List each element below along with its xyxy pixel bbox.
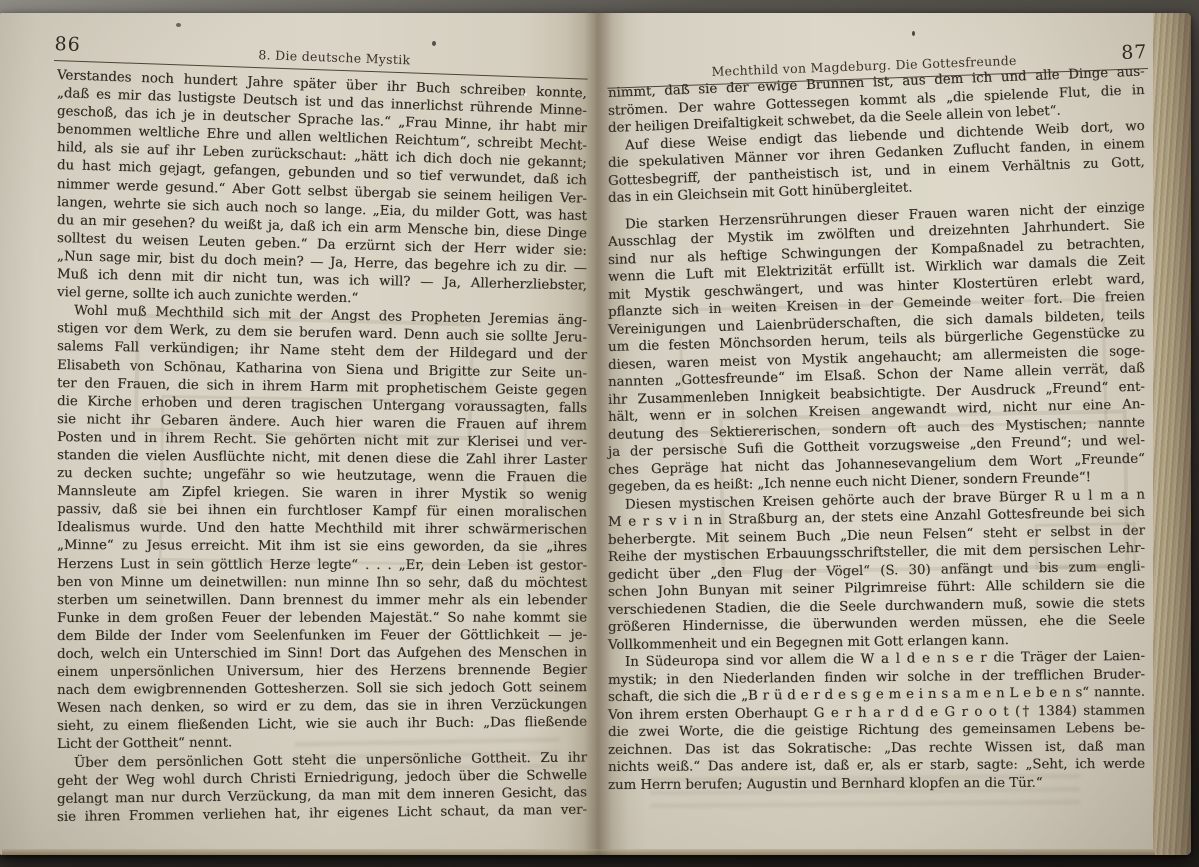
right-page-number: 87 bbox=[1121, 41, 1148, 64]
page-stack-edge bbox=[1153, 13, 1191, 855]
text-line: nichts weiß.“ Das andere ist, daß er, al… bbox=[608, 756, 1145, 777]
text-line: zum Herrn berufen; Augustin und Bernhard… bbox=[608, 774, 1145, 794]
bottom-page-edges bbox=[2, 849, 1155, 855]
text-line: Herzens Lust in sein göttlich Herze legt… bbox=[57, 556, 587, 576]
text-line: „Minne“ zu Jesus erreicht. Mit ihm ist s… bbox=[57, 537, 587, 557]
right-page-text: nimmt, daß sie der ewige Brunnen ist, au… bbox=[608, 85, 1145, 794]
left-page-number: 86 bbox=[54, 33, 81, 56]
left-page-text: Verstandes noch hundert Jahre später übe… bbox=[57, 67, 587, 827]
text-line: sterben um seinetwillen. Dann brennest d… bbox=[57, 592, 587, 610]
text-line: ben von Minne um deinetwillen: nun minne… bbox=[57, 574, 587, 593]
text-line: Funke in dem großen Feuer der lebenden M… bbox=[57, 609, 587, 628]
text-line: dem Bilde der Inder vom Seelenfunken im … bbox=[57, 627, 587, 646]
open-book: 86 8. Die deutsche Mystik Mechthild von … bbox=[0, 13, 1191, 855]
book-photograph: 86 8. Die deutsche Mystik Mechthild von … bbox=[0, 0, 1199, 867]
